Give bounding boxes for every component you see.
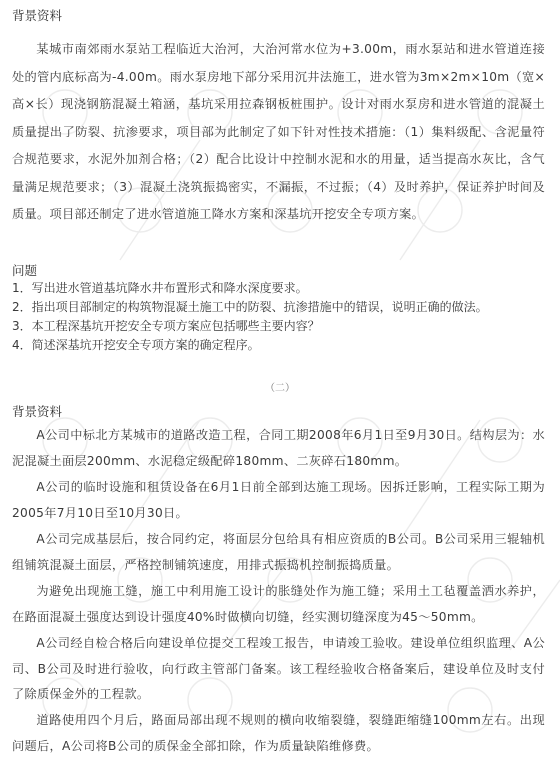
case2-paragraph: 为避免出现施工缝，施工中利用施工设计的胀缝处作为施工缝；采用土工毡覆盖洒水养护，… (12, 579, 545, 630)
document-page: 背景资料 某城市南郊雨水泵站工程临近大治河，大治河常水位为+3.00m，雨水泵站… (0, 0, 560, 772)
section-marker: （二） (0, 379, 560, 394)
case2-paragraph: 道路使用四个月后，路面局部出现不规则的横向收缩裂缝，裂缝距缩缝100mm左右。出… (12, 708, 545, 759)
question-item: 2．指出项目部制定的构筑物混凝土施工中的防裂、抗渗措施中的错误，说明正确的做法。 (12, 298, 488, 317)
case2-paragraph: A公司中标北方某城市的道路改造工程，合同工期2008年6月1日至9月30日。结构… (12, 423, 545, 474)
questions-heading: 问题 (12, 261, 37, 279)
question-item: 3．本工程深基坑开挖安全专项方案应包括哪些主要内容？ (12, 317, 488, 336)
case2-heading: 背景资料 (12, 402, 62, 420)
question-item: 4．简述深基坑开挖安全专项方案的确定程序。 (12, 336, 488, 355)
question-item: 1．写出进水管道基坑降水井布置形式和降水深度要求。 (12, 279, 488, 298)
case1-heading: 背景资料 (12, 6, 62, 24)
case2-paragraph: A公司完成基层后，按合同约定，将面层分包给具有相应资质的B公司。B公司采用三辊轴… (12, 527, 545, 578)
case1-paragraph: 某城市南郊雨水泵站工程临近大治河，大治河常水位为+3.00m，雨水泵站和进水管道… (12, 36, 545, 229)
case2-paragraph: A公司的临时设施和租赁设备在6月1日前全部到达施工现场。因拆迁影响，工程实际工期… (12, 475, 545, 526)
question-list: 1．写出进水管道基坑降水井布置形式和降水深度要求。 2．指出项目部制定的构筑物混… (12, 279, 488, 355)
case2-paragraph: A公司经自检合格后向建设单位提交工程竣工报告，申请竣工验收。建设单位组织监理、A… (12, 631, 545, 708)
